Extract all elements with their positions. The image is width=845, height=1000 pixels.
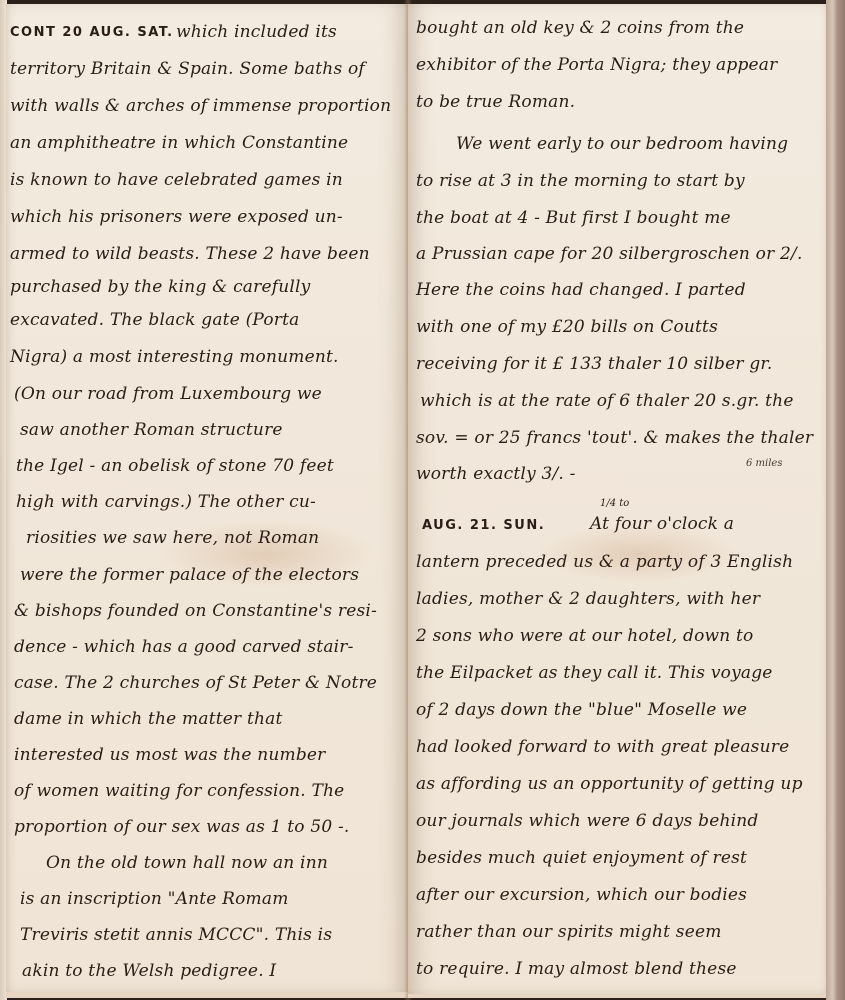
text-line: case. The 2 churches of St Peter & Notre xyxy=(14,673,377,693)
right-page-edges xyxy=(826,0,845,1000)
text-line: territory Britain & Spain. Some baths of xyxy=(10,59,365,79)
text-line: Here the coins had changed. I parted xyxy=(416,280,746,300)
text-line: an amphitheatre in which Constantine xyxy=(10,133,348,153)
text-line: armed to wild beasts. These 2 have been xyxy=(10,244,370,264)
text-line: which included its xyxy=(176,22,337,42)
margin-note: 6 miles xyxy=(746,458,782,469)
text-line: interested us most was the number xyxy=(14,745,326,765)
text-line: sov. = or 25 francs 'tout'. & makes the … xyxy=(416,428,813,448)
text-line: lantern preceded us & a party of 3 Engli… xyxy=(416,552,793,572)
text-line: to rise at 3 in the morning to start by xyxy=(416,171,745,191)
text-line: excavated. The black gate (Porta xyxy=(10,310,299,330)
text-line: with one of my £20 bills on Coutts xyxy=(416,317,718,337)
text-line: ladies, mother & 2 daughters, with her xyxy=(416,589,760,609)
text-line: exhibitor of the Porta Nigra; they appea… xyxy=(416,55,777,75)
text-line: is an inscription "Ante Romam xyxy=(20,889,289,909)
text-line: purchased by the king & carefully xyxy=(10,277,310,297)
entry-heading: AUG. 21. SUN. xyxy=(422,518,545,533)
text-line: saw another Roman structure xyxy=(20,420,283,440)
right-page: bought an old key & 2 coins from the exh… xyxy=(408,4,828,998)
text-line: were the former palace of the electors xyxy=(20,565,359,585)
text-line: is known to have celebrated games in xyxy=(10,170,343,190)
text-line: (On our road from Luxembourg we xyxy=(14,384,322,404)
text-line: the Eilpacket as they call it. This voya… xyxy=(416,663,773,683)
text-line: At four o'clock a xyxy=(590,514,734,534)
text-line: rather than our spirits might seem xyxy=(416,922,722,942)
text-line: had looked forward to with great pleasur… xyxy=(416,737,789,757)
text-line: the Igel - an obelisk of stone 70 feet xyxy=(16,456,334,476)
inserted-text: 1/4 to xyxy=(600,498,629,509)
text-line: which his prisoners were exposed un- xyxy=(10,207,343,227)
text-line: a Prussian cape for 20 silbergroschen or… xyxy=(416,244,803,264)
text-line: the boat at 4 - But first I bought me xyxy=(416,208,731,228)
text-line: after our excursion, which our bodies xyxy=(416,885,747,905)
text-line: of 2 days down the "blue" Moselle we xyxy=(416,700,747,720)
text-line: as affording us an opportunity of gettin… xyxy=(416,774,803,794)
text-line: akin to the Welsh pedigree. I xyxy=(22,961,276,981)
text-line: to be true Roman. xyxy=(416,92,575,112)
text-line: 2 sons who were at our hotel, down to xyxy=(416,626,754,646)
text-line: dame in which the matter that xyxy=(14,709,283,729)
text-line: to require. I may almost blend these xyxy=(416,959,737,979)
text-line: bought an old key & 2 coins from the xyxy=(416,18,744,38)
text-line: worth exactly 3/. - xyxy=(416,464,576,484)
text-line: of women waiting for confession. The xyxy=(14,781,344,801)
text-line: Nigra) a most interesting monument. xyxy=(10,347,339,367)
text-line: Treviris stetit annis MCCC". This is xyxy=(20,925,332,945)
text-line: & bishops founded on Constantine's resi- xyxy=(14,601,377,621)
text-line: receiving for it £ 133 thaler 10 silber … xyxy=(416,354,772,374)
left-page: CONT 20 AUG. SAT. which included its ter… xyxy=(6,4,408,998)
text-line: We went early to our bedroom having xyxy=(456,134,788,154)
text-line: with walls & arches of immense proportio… xyxy=(10,96,391,116)
entry-heading: CONT 20 AUG. SAT. xyxy=(10,25,174,40)
text-line: dence - which has a good carved stair- xyxy=(14,637,354,657)
text-line: On the old town hall now an inn xyxy=(46,853,328,873)
text-line: which is at the rate of 6 thaler 20 s.gr… xyxy=(420,391,794,411)
text-line: high with carvings.) The other cu- xyxy=(16,492,316,512)
text-line: besides much quiet enjoyment of rest xyxy=(416,848,747,868)
text-line: our journals which were 6 days behind xyxy=(416,811,759,831)
text-line: riosities we saw here, not Roman xyxy=(26,528,319,548)
text-line: proportion of our sex was as 1 to 50 -. xyxy=(14,817,350,837)
notebook-spread: CONT 20 AUG. SAT. which included its ter… xyxy=(0,0,845,1000)
